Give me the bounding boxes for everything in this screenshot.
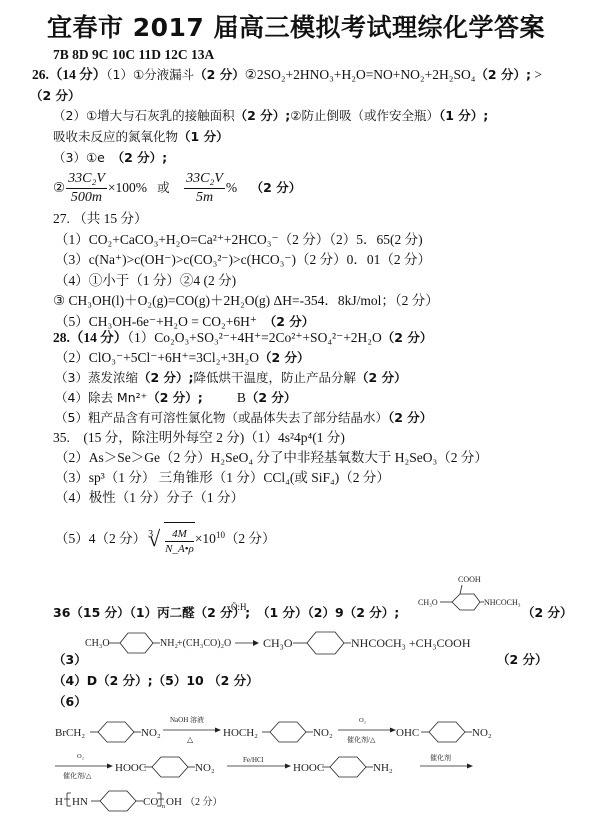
svg-text:NHCOCH₃ +CH₃COOH: NHCOCH₃ +CH₃COOH xyxy=(351,636,471,650)
score: （2 分） xyxy=(251,180,302,195)
score: （2 分）; xyxy=(475,67,531,82)
svg-text:催化剂: 催化剂 xyxy=(430,753,451,762)
q26-line-4: （3）①e （2 分）; xyxy=(53,149,167,167)
svg-text:NO₂: NO₂ xyxy=(472,727,492,739)
score: （2 分） xyxy=(259,350,310,365)
svg-text:O₂: O₂ xyxy=(77,753,84,760)
synthesis-route: BrCH₂ NO₂ NaOH 溶液 △ HOCH₂ NO₂ O₂ 催化剂/△ O… xyxy=(55,708,565,808)
svg-text:NO₂: NO₂ xyxy=(195,762,215,774)
q26-equation: 2SO₂+2HNO₃+H₂O=NO+NO₂+2H₂SO₄ xyxy=(257,67,476,82)
svg-text:n: n xyxy=(162,804,165,810)
svg-text:H: H xyxy=(55,796,63,808)
svg-text:（2 分）: （2 分） xyxy=(185,795,223,808)
q28-line-4: （4）除去 Mn²⁺（2 分）;B（2 分） xyxy=(55,389,296,407)
q28-line-3: （3）蒸发浓缩（2 分）;降低烘干温度，防止产品分解（2 分） xyxy=(55,369,407,387)
svg-text:NH₂: NH₂ xyxy=(373,762,393,774)
score: （2 分） xyxy=(264,314,315,329)
q26-formula-line: ②33C₂V500m×100% 或 33C₂V5m% （2 分） xyxy=(53,168,301,208)
svg-text:NH₂: NH₂ xyxy=(160,638,178,649)
q27-line-1: （1）CO₂+CaCO₃+H₂O=Ca²⁺+2HCO₃⁻（2 分）（2）5．65… xyxy=(55,231,423,249)
structure-methoxy-acetamido-phenylacetic-acid: COOH CH₃O NHCOCH₃ xyxy=(418,572,518,622)
q28-line-1: 28.（14 分）（1）Co₂O₃+SO₃²⁻+4H⁺=2Co²⁺+SO₄²⁻+… xyxy=(53,329,432,347)
q26-p3-a: （3）①e xyxy=(53,150,105,165)
score: （2 分） xyxy=(388,410,432,425)
q28-head: 28.（14 分） xyxy=(53,330,127,345)
svg-text:CH₃O: CH₃O xyxy=(263,636,293,650)
score: （2 分）; xyxy=(235,108,291,123)
svg-text:NaOH 溶液: NaOH 溶液 xyxy=(170,715,204,724)
score: （2 分） xyxy=(30,87,81,105)
q35-line-5: （5）4（2 分）3√4MN_A•ρ×1010（2 分） xyxy=(55,522,276,556)
svg-text:NO₂: NO₂ xyxy=(141,727,161,739)
q35-head: 35. (15 分，除注明外每空 2 分)（1）4s²4p⁴(1 分) xyxy=(53,429,345,447)
svg-text:△: △ xyxy=(187,735,194,744)
svg-text:HOOC: HOOC xyxy=(115,762,146,774)
svg-text:催化剂/△: 催化剂/△ xyxy=(347,735,376,744)
svg-text:COOH: COOH xyxy=(458,575,481,584)
q26-p2-b: ②防止倒吸（或作安全瓶） xyxy=(290,108,439,123)
svg-text:HOOC: HOOC xyxy=(293,762,324,774)
score: （1 分） xyxy=(178,129,229,144)
q26-line-1: 26.（14 分）（1）①分液漏斗（2 分）②2SO₂+2HNO₃+H₂O=NO… xyxy=(32,66,542,84)
svg-text:O₂: O₂ xyxy=(359,717,366,724)
score: （2 分）; xyxy=(138,370,194,385)
svg-text:CH₃O: CH₃O xyxy=(85,638,110,649)
q27-line-4: ③ CH₃OH(l)＋O₂(g)=CO(g)＋2H₂O(g) ΔH=-354．8… xyxy=(53,292,439,310)
fraction-1: 33C₂V500m xyxy=(66,170,107,207)
q26-head: 26.（14 分） xyxy=(32,67,106,82)
score: （2 分）; xyxy=(112,150,168,165)
score: （2 分） xyxy=(246,390,297,405)
q26-p2-a: （2）①增大与石灰乳的接触面积 xyxy=(53,108,235,123)
score: （2 分） xyxy=(194,67,245,82)
svg-text:OH: OH xyxy=(166,796,182,808)
q36-line-1: 36（15 分）（1）丙二醛（2 分）; xyxy=(53,604,250,622)
q26-line-2: （2）①增大与石灰乳的接触面积（2 分）;②防止倒吸（或作安全瓶）（1 分）; xyxy=(53,107,488,125)
svg-text:OHC: OHC xyxy=(396,727,419,739)
q26-p1-eq: ② xyxy=(245,67,257,82)
svg-text:NO₂: NO₂ xyxy=(313,727,333,739)
score: （2 分） xyxy=(497,651,548,669)
q27-line-2: （3）c(Na⁺)>c(OH⁻)>c(CO₃²⁻)>c(HCO₃⁻)（2 分）0… xyxy=(55,251,431,269)
q28-line-2: （2）ClO₃⁻+5Cl⁻+6H⁺=3Cl₂+3H₂O（2 分） xyxy=(55,349,310,367)
q36-head: 36（15 分）（1）丙二醛（2 分）; xyxy=(53,605,250,620)
hydroxyl-lewis-structure: ·Ö:H xyxy=(228,598,247,616)
q35-line-4: （4）极性（1 分）分子（1 分） xyxy=(55,489,244,507)
svg-text:CO: CO xyxy=(143,796,158,808)
score: （2 分）; xyxy=(147,390,203,405)
svg-text:HN: HN xyxy=(72,796,88,808)
q35-line-2: （2）As＞Se＞Ge（2 分）H₂SeO₄ 分了中非羟基氧数大于 H₂SeO₃… xyxy=(55,449,488,467)
multiple-choice-answers: 7B 8D 9C 10C 11D 12C 13A xyxy=(53,46,214,64)
svg-text:+(CH₃CO)₂O: +(CH₃CO)₂O xyxy=(177,638,231,649)
fraction-2: 33C₂V5m xyxy=(184,170,225,207)
acetylation-reaction: CH₃O NH₂ +(CH₃CO)₂O CH₃O NHCOCH₃ +CH₃COO… xyxy=(85,628,505,668)
q36-p3-label: （3） xyxy=(53,651,87,669)
or-text: 或 xyxy=(157,180,170,195)
circle-2-marker: ② xyxy=(53,180,65,195)
svg-text:HOCH₂: HOCH₂ xyxy=(223,727,258,739)
q27-line-3: （4）①小于（1 分）②4 (2 分) xyxy=(55,272,236,290)
document-title: 宜春市 2017 届高三模拟考试理综化学答案 xyxy=(0,8,592,44)
q35-line-3: （3）sp³（1 分） 三角锥形（1 分）CCl₄(或 SiF₄)（2 分） xyxy=(55,469,390,487)
score: （1 分）; xyxy=(439,108,488,123)
score: （2 分） xyxy=(382,330,433,345)
q28-line-5: （5）粗产品含有可溶性氯化物（或晶体失去了部分结晶水）（2 分） xyxy=(55,409,432,427)
svg-text:Fe/HCl: Fe/HCl xyxy=(243,756,264,764)
score: （2 分） xyxy=(356,370,407,385)
score: （2 分） xyxy=(522,604,573,622)
svg-text:CH₃O: CH₃O xyxy=(418,598,438,607)
svg-text:BrCH₂: BrCH₂ xyxy=(55,727,85,739)
q36-l1-mid: （1 分）（2）9（2 分）; xyxy=(257,604,399,622)
q36-p4-p5: （4）D（2 分）;（5）10 （2 分） xyxy=(53,672,259,690)
svg-text:NHCOCH₃: NHCOCH₃ xyxy=(484,598,521,607)
q26-line-3: 吸收未反应的氮氧化物（1 分） xyxy=(53,128,229,146)
svg-text:催化剂/△: 催化剂/△ xyxy=(63,771,92,780)
q26-p1-c: > xyxy=(534,67,542,82)
q26-p2-c: 吸收未反应的氮氧化物 xyxy=(53,129,178,144)
cube-root: 3√4MN_A•ρ xyxy=(146,522,195,557)
q27-head: 27. （共 15 分） xyxy=(53,210,148,228)
q26-p1-a: （1）①分液漏斗 xyxy=(106,67,194,82)
